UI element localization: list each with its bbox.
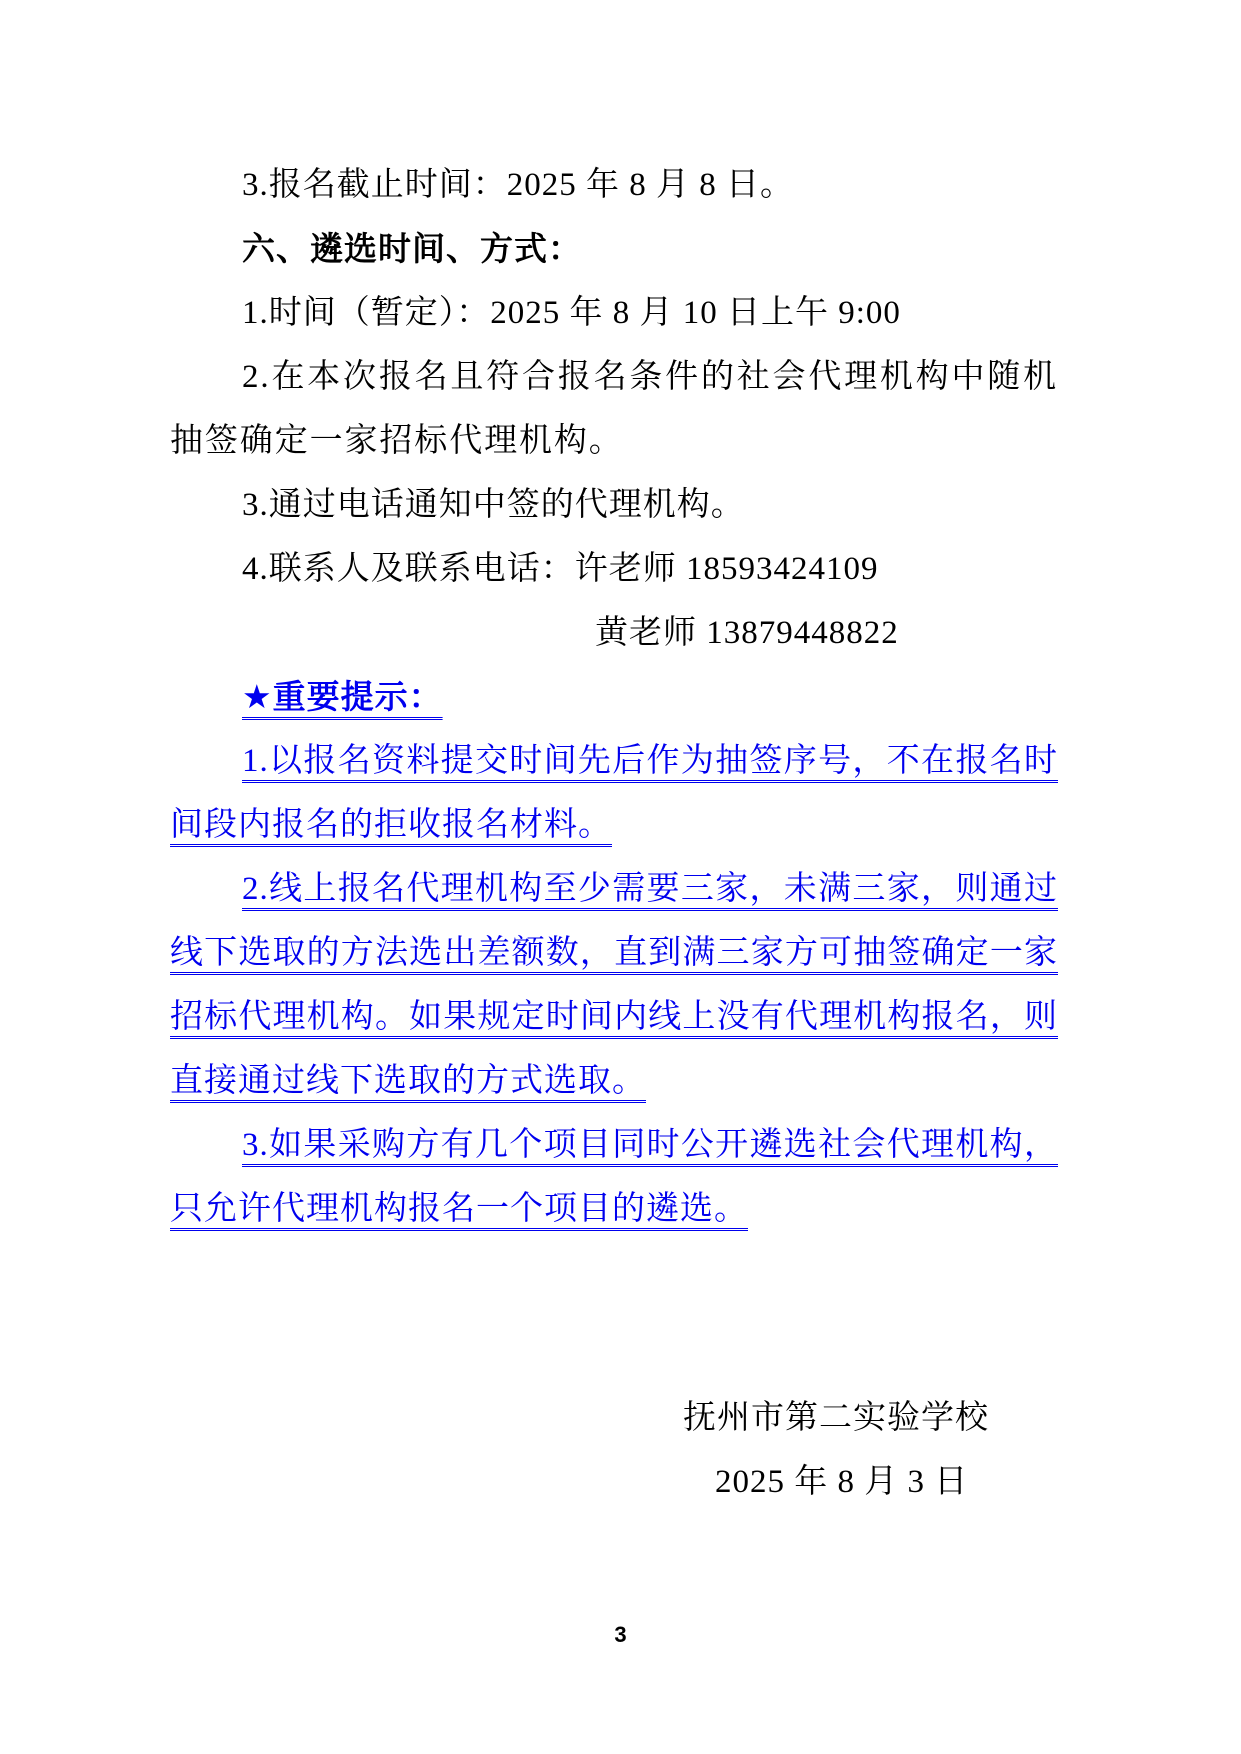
item-contact: 4.联系人及联系电话：许老师 18593424109 — [170, 537, 1058, 601]
signature-organization: 抚州市第二实验学校 — [683, 1386, 1058, 1450]
important-heading: ★重要提示： — [170, 665, 1058, 729]
item-random-draw: 2.在本次报名且符合报名条件的社会代理机构中随机抽签确定一家招标代理机构。 — [170, 345, 1058, 473]
document-page: 3.报名截止时间：2025 年 8 月 8 日。六、遴选时间、方式：1.时间（暂… — [0, 0, 1241, 1754]
document-blocks: 3.报名截止时间：2025 年 8 月 8 日。六、遴选时间、方式：1.时间（暂… — [170, 153, 1058, 1241]
important-note-3: 3.如果采购方有几个项目同时公开遴选社会代理机构，只允许代理机构报名一个项目的遴… — [170, 1113, 1058, 1241]
page-number: 3 — [0, 1622, 1241, 1648]
signature-date: 2025 年 8 月 3 日 — [715, 1450, 1058, 1514]
important-note-2: 2.线上报名代理机构至少需要三家，未满三家，则通过线下选取的方法选出差额数，直到… — [170, 857, 1058, 1113]
section-heading: 六、遴选时间、方式： — [170, 217, 1058, 281]
document-content: 3.报名截止时间：2025 年 8 月 8 日。六、遴选时间、方式：1.时间（暂… — [170, 153, 1058, 1514]
deadline-line: 3.报名截止时间：2025 年 8 月 8 日。 — [170, 153, 1058, 217]
important-note-1: 1.以报名资料提交时间先后作为抽签序号，不在报名时间段内报名的拒收报名材料。 — [170, 729, 1058, 857]
item-contact-second: 黄老师 13879448822 — [170, 601, 1058, 665]
signature-block: 抚州市第二实验学校 2025 年 8 月 3 日 — [170, 1386, 1058, 1514]
item-time: 1.时间（暂定）：2025 年 8 月 10 日上午 9:00 — [170, 281, 1058, 345]
item-phone-notice: 3.通过电话通知中签的代理机构。 — [170, 473, 1058, 537]
